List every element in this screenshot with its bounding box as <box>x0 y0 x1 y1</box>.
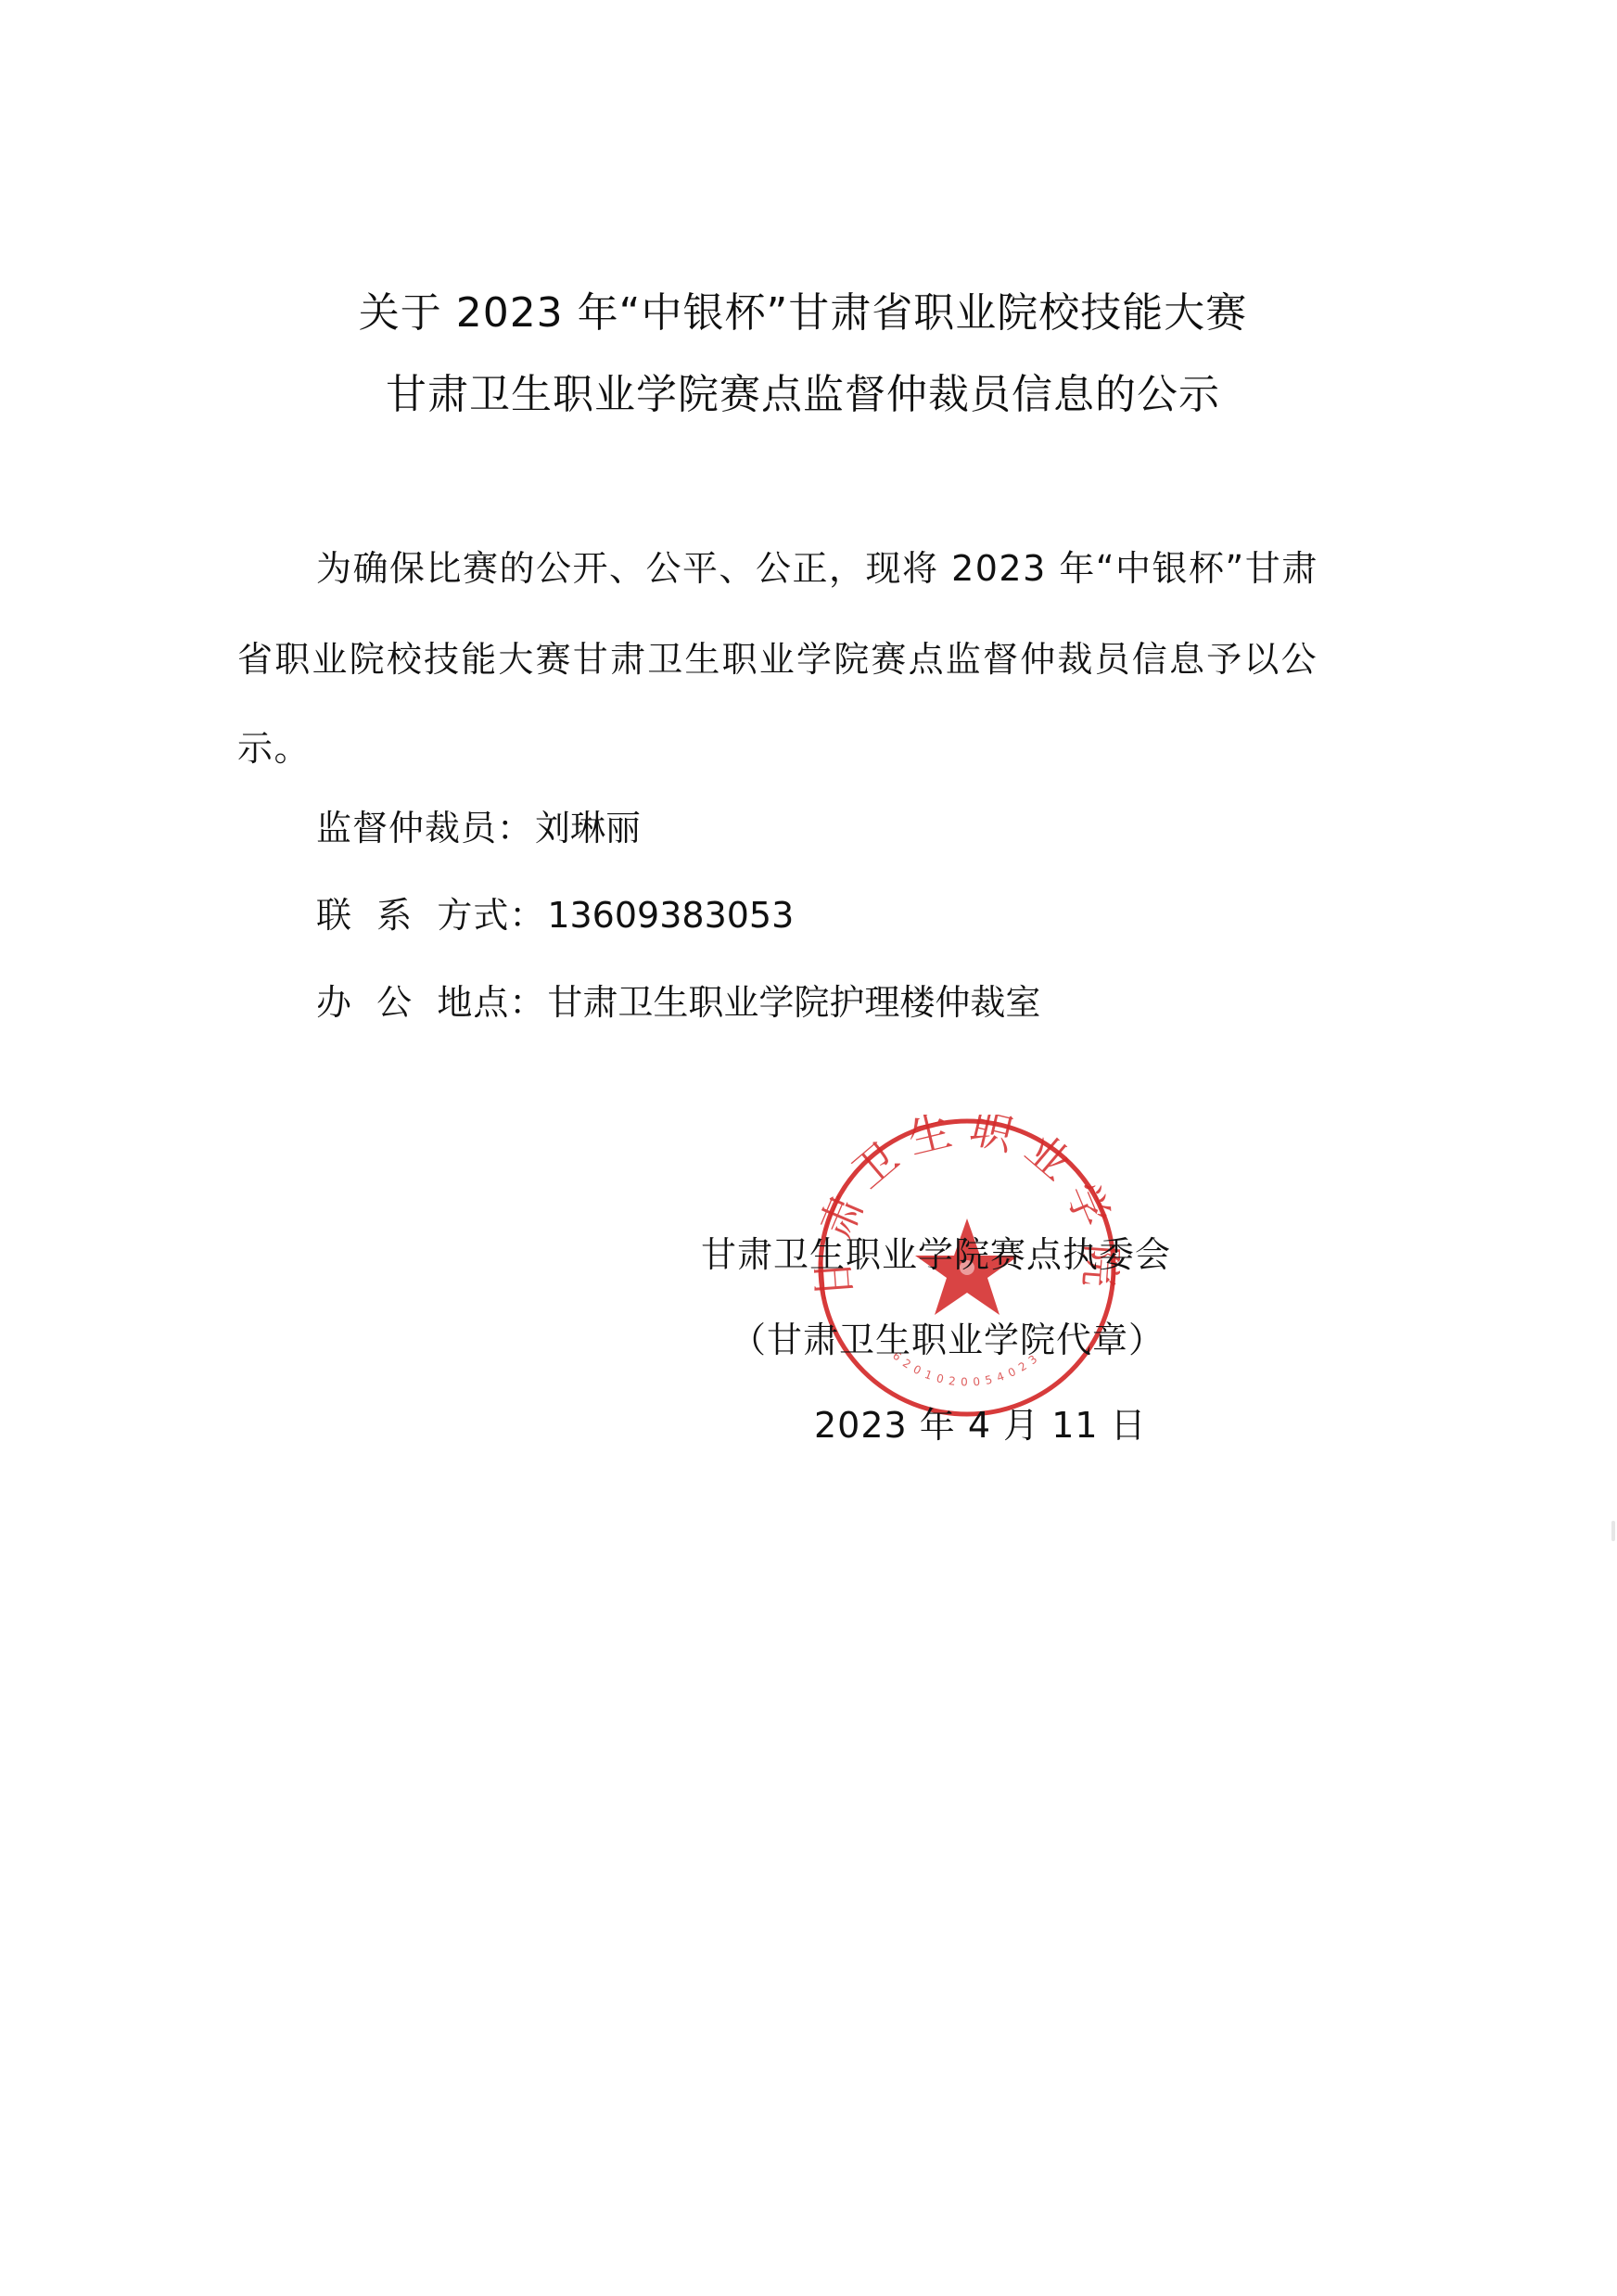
arbitrator-label: 监督仲裁员： <box>316 808 533 848</box>
info-row-contact: 联 系 方式：13609383053 <box>316 892 794 938</box>
issue-date: 2023 年 4 月 11 日 <box>814 1402 1147 1448</box>
document-title-line-1: 关于 2023 年“中银杯”甘肃省职业院校技能大赛 <box>0 286 1611 341</box>
document-page: 关于 2023 年“中银杯”甘肃省职业院校技能大赛 甘肃卫生职业学院赛点监督仲裁… <box>0 0 1617 2296</box>
info-row-arbitrator: 监督仲裁员：刘琳丽 <box>316 805 641 851</box>
body-paragraph-line-1: 为确保比赛的公开、公平、公正，现将 2023 年“中银杯”甘肃 <box>316 545 1318 592</box>
seal-note: （甘肃卫生职业学院代章） <box>731 1317 1165 1363</box>
contact-label: 联 系 方式： <box>316 895 545 936</box>
info-row-office: 办 公 地点：甘肃卫生职业学院护理楼仲裁室 <box>316 979 1040 1026</box>
body-paragraph-line-3: 示。 <box>237 725 311 772</box>
arbitrator-name: 刘琳丽 <box>535 808 641 848</box>
body-paragraph-line-2: 省职业院校技能大赛甘肃卫生职业学院赛点监督仲裁员信息予以公 <box>237 636 1318 682</box>
scan-artifact <box>1611 1521 1615 1541</box>
office-label: 办 公 地点： <box>316 982 545 1023</box>
office-location: 甘肃卫生职业学院护理楼仲裁室 <box>547 982 1040 1023</box>
contact-phone: 13609383053 <box>547 895 794 936</box>
issuing-organization: 甘肃卫生职业学院赛点执委会 <box>701 1231 1171 1278</box>
document-title-line-2: 甘肃卫生职业学院赛点监督仲裁员信息的公示 <box>0 367 1611 423</box>
